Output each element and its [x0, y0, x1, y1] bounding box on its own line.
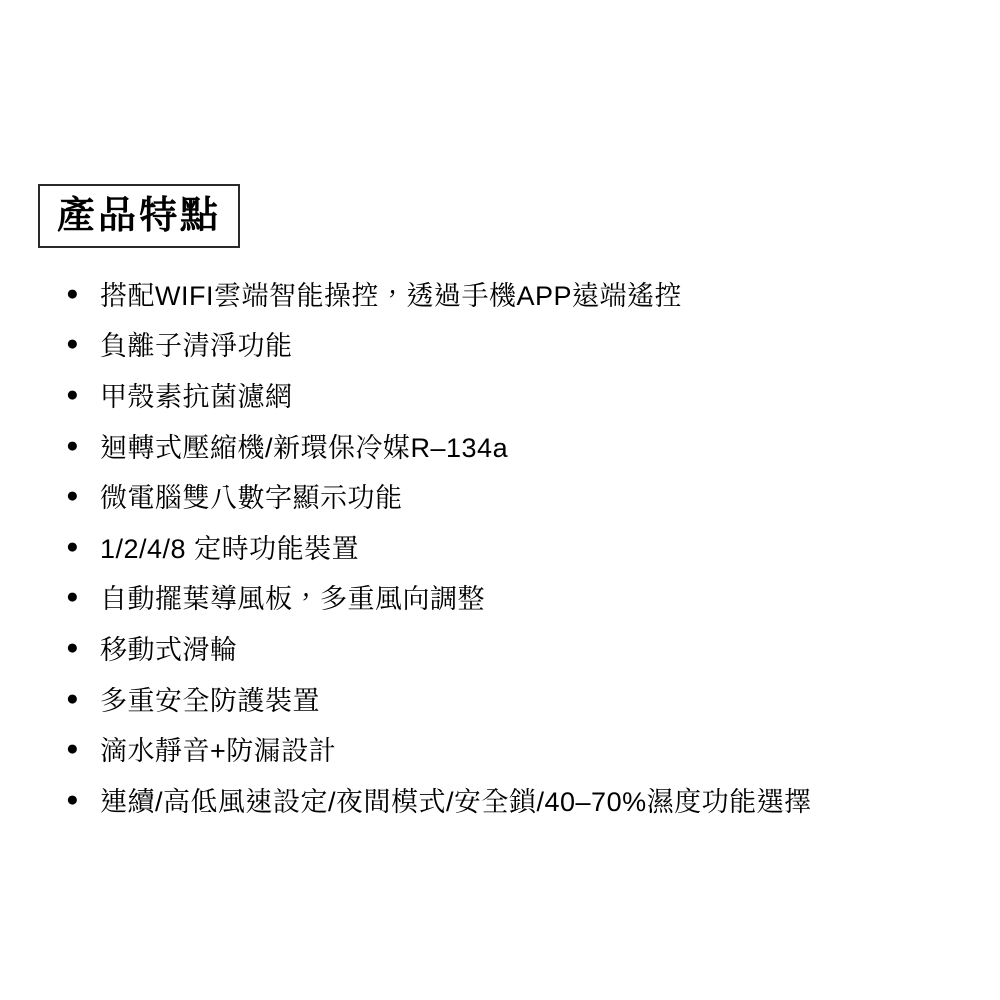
- list-item: ● 甲殼素抗菌濾網: [66, 369, 812, 420]
- feature-text: 自動擺葉導風板，多重風向調整: [100, 577, 485, 616]
- bullet-icon: ●: [66, 283, 100, 304]
- feature-text: 搭配WIFI雲端智能操控，透過手機APP遠端遙控: [100, 274, 682, 313]
- bullet-icon: ●: [66, 435, 100, 456]
- list-item: ● 滴水靜音+防漏設計: [66, 723, 812, 774]
- bullet-icon: ●: [66, 485, 100, 506]
- section-header-box: 產品特點: [38, 184, 240, 248]
- list-item: ● 搭配WIFI雲端智能操控，透過手機APP遠端遙控: [66, 268, 812, 319]
- bullet-icon: ●: [66, 536, 100, 557]
- feature-text: 微電腦雙八數字顯示功能: [100, 476, 403, 515]
- feature-text: 1/2/4/8 定時功能裝置: [100, 527, 359, 566]
- feature-text: 負離子清淨功能: [100, 324, 293, 363]
- feature-text: 甲殼素抗菌濾網: [100, 375, 293, 414]
- bullet-icon: ●: [66, 586, 100, 607]
- list-item: ● 多重安全防護裝置: [66, 673, 812, 724]
- list-item: ● 移動式滑輪: [66, 622, 812, 673]
- list-item: ● 負離子清淨功能: [66, 319, 812, 370]
- list-item: ● 1/2/4/8 定時功能裝置: [66, 521, 812, 572]
- list-item: ● 微電腦雙八數字顯示功能: [66, 470, 812, 521]
- bullet-icon: ●: [66, 738, 100, 759]
- feature-text: 迴轉式壓縮機/新環保冷媒R–134a: [100, 426, 508, 465]
- bullet-icon: ●: [66, 688, 100, 709]
- feature-list: ● 搭配WIFI雲端智能操控，透過手機APP遠端遙控 ● 負離子清淨功能 ● 甲…: [66, 268, 812, 825]
- feature-text: 多重安全防護裝置: [100, 679, 320, 718]
- feature-text: 滴水靜音+防漏設計: [100, 729, 336, 768]
- feature-text: 連續/高低風速設定/夜間模式/安全鎖/40–70%濕度功能選擇: [100, 780, 812, 819]
- bullet-icon: ●: [66, 637, 100, 658]
- bullet-icon: ●: [66, 333, 100, 354]
- feature-text: 移動式滑輪: [100, 628, 238, 667]
- page-title: 產品特點: [57, 197, 221, 235]
- list-item: ● 連續/高低風速設定/夜間模式/安全鎖/40–70%濕度功能選擇: [66, 774, 812, 825]
- bullet-icon: ●: [66, 789, 100, 810]
- list-item: ● 迴轉式壓縮機/新環保冷媒R–134a: [66, 420, 812, 471]
- list-item: ● 自動擺葉導風板，多重風向調整: [66, 572, 812, 623]
- bullet-icon: ●: [66, 384, 100, 405]
